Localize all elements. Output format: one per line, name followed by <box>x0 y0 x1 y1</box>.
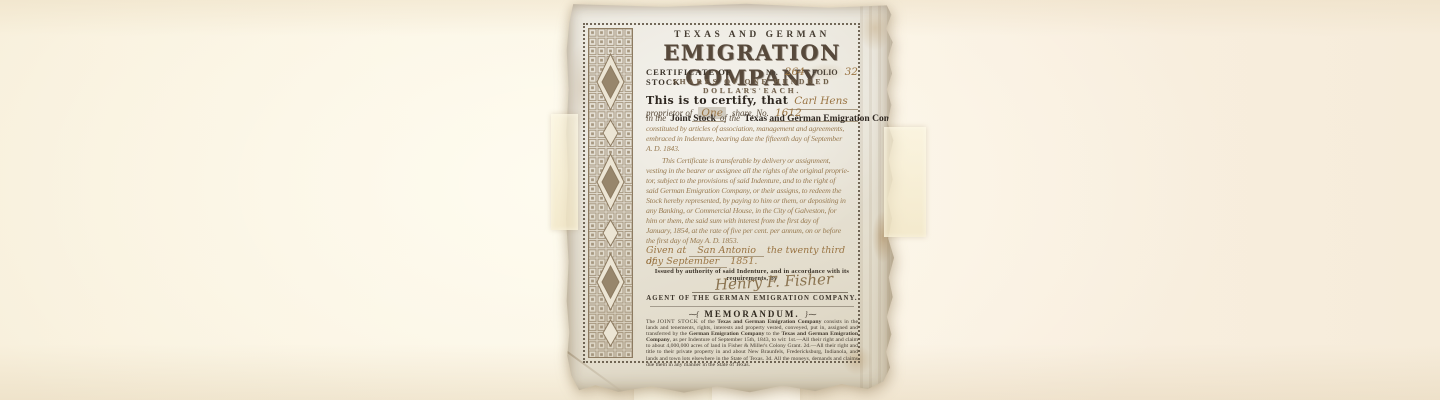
transfer-line: Stock hereby represented, by paying to h… <box>646 196 858 206</box>
transfer-line: January, 1854, at the rate of five per c… <box>646 226 858 236</box>
joint-stock-line: in the Joint Stock of the Texas and Germ… <box>646 113 858 124</box>
jointstock-pre: in the <box>646 113 666 123</box>
ornamental-border-band <box>588 28 633 358</box>
memorandum-title: MEMORANDUM. <box>704 309 799 319</box>
transfer-line: him or them, the said sum with interest … <box>646 216 858 226</box>
tape-left <box>551 114 578 230</box>
jointstock-mid: of the <box>720 113 740 123</box>
folio-label: FOLIO <box>812 68 838 77</box>
transfer-line: any Banking, or Commercial House, in the… <box>646 206 858 216</box>
memorandum-paragraph: The JOINT STOCK of the Texas and German … <box>646 319 858 368</box>
section-divider <box>650 306 854 307</box>
transfer-line: said German Emigration Company, or their… <box>646 186 858 196</box>
indenture-clause: constituted by articles of association, … <box>646 124 858 154</box>
jointstock-term: Joint Stock <box>670 114 716 124</box>
indenture-line: embraced in Indenture, bearing date the … <box>646 134 858 144</box>
transfer-line: vesting in the bearer or assignee all th… <box>646 166 858 176</box>
signature-rule <box>692 292 848 293</box>
transfer-clause: This Certificate is transferable by deli… <box>646 156 858 246</box>
certificate-paper: TEXAS AND GERMAN EMIGRATION COMPANY CERT… <box>566 3 894 395</box>
given-month-handwritten: September <box>658 256 727 268</box>
company-name-bold: Texas and German Emigration Company, <box>744 114 913 124</box>
indenture-line: A. D. 1843. <box>646 144 858 154</box>
transfer-line: This Certificate is transferable by deli… <box>646 156 858 166</box>
company-name-line1: TEXAS AND GERMAN <box>646 30 858 40</box>
stock-certificate: TEXAS AND GERMAN EMIGRATION COMPANY CERT… <box>566 3 894 395</box>
tape-right <box>884 127 926 237</box>
photo-backdrop: TEXAS AND GERMAN EMIGRATION COMPANY CERT… <box>0 0 1440 400</box>
memorandum-heading: ⁓{ MEMORANDUM. }⁓ <box>646 309 858 319</box>
number-label: No. <box>766 68 778 77</box>
flourish-right: }⁓ <box>805 310 816 319</box>
agent-title-line: AGENT OF THE GERMAN EMIGRATION COMPANY. <box>646 295 858 302</box>
given-of: of <box>646 256 655 267</box>
given-date-line: of September 1851. <box>646 256 858 267</box>
paper-stain <box>858 5 892 51</box>
given-lead: Given at <box>646 245 686 256</box>
given-year-handwritten: 1851. <box>730 256 757 267</box>
given-day-handwritten: the twenty third <box>767 245 845 256</box>
transfer-line: tor, subject to the provisions of said I… <box>646 176 858 186</box>
indenture-line: constituted by articles of association, … <box>646 124 858 134</box>
flourish-left: ⁓{ <box>688 310 699 319</box>
